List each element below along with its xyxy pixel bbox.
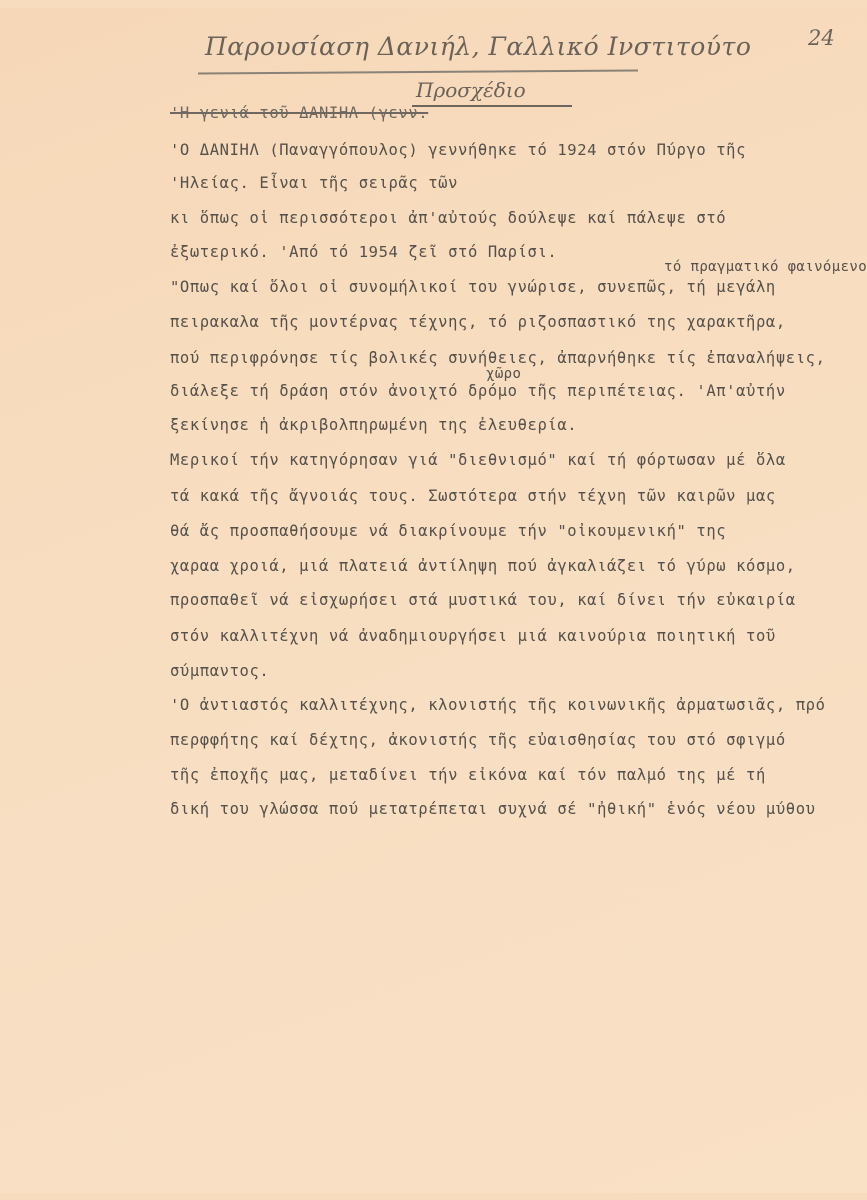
text-line: προσπαθεῖ νά εἰσχωρήσει στά μυστικά του,… [170, 591, 796, 609]
text-line: 'Ο ΔΑΝΙΗΛ (Παναγγόπουλος) γεννήθηκε τό 1… [170, 141, 746, 159]
interlinear-insertion: χῶρο [486, 366, 521, 382]
text-line: διάλεξε τή δράση στόν ἀνοιχτό δρόμο τῆς … [170, 382, 786, 400]
title-underline [198, 69, 638, 74]
text-line: 'Ηλείας. Εἶναι τῆς σειρᾶς τῶν [170, 174, 458, 192]
text-line: Μερικοί τήν κατηγόρησαν γιά "διεθνισμό" … [170, 451, 786, 469]
text-line: ξεκίνησε ἡ ἀκριβολπηρωμένη της ἐλευθερία… [170, 416, 577, 434]
text-line: στόν καλλιτέχνη νά ἀναδημιουργήσει μιά κ… [170, 627, 776, 645]
text-line: τά κακά τῆς ἄγνοιάς τους. Σωστότερα στήν… [170, 487, 776, 505]
interlinear-insertion: τό πραγματικό φαινόμενο [664, 259, 867, 275]
text-line: κι ὅπως οἱ περισσότεροι ἀπ'αὐτούς δούλεψ… [170, 209, 726, 227]
text-line: 'Ο ἀντιαστός καλλιτέχνης, κλονιστής τῆς … [170, 696, 826, 714]
handwritten-title: Παρουσίαση Δανιήλ, Γαλλικό Ινστιτούτο [205, 32, 751, 61]
page-number: 24 [808, 26, 835, 50]
text-line: πού περιφρόνησε τίς βολικές συνήθειες, ἀ… [170, 349, 826, 367]
text-line: θά ἄς προσπαθήσουμε νά διακρίνουμε τήν "… [170, 522, 726, 540]
text-line: χαραα χροιά, μιά πλατειά ἀντίληψη πού ἀγ… [170, 557, 796, 575]
text-line: "Οπως καί ὅλοι οἱ συνομήλικοί του γνώρισ… [170, 278, 776, 296]
text-line: πειρακαλα τῆς μοντέρνας τέχνης, τό ριζοσ… [170, 313, 786, 331]
subtitle-underline [412, 105, 572, 107]
text-line: δική του γλώσσα πού μετατρέπεται συχνά σ… [170, 800, 816, 818]
struck-heading: 'Η γενιά τοῦ ΔΑΝΙΗΛ (γενν. [170, 104, 428, 122]
text-line: τῆς ἐποχῆς μας, μεταδίνει τήν εἰκόνα καί… [170, 766, 766, 784]
text-line: ἐξωτερικό. 'Από τό 1954 ζεῖ στό Παρίσι. [170, 243, 557, 261]
text-line: σύμπαντος. [170, 662, 269, 680]
scanned-page: Παρουσίαση Δανιήλ, Γαλλικό Ινστιτούτο 24… [0, 8, 867, 1193]
handwritten-subtitle: Προσχέδιο [416, 78, 526, 102]
text-line: περφφήτης καί δέχτης, ἀκονιστής τῆς εὐαι… [170, 731, 786, 749]
